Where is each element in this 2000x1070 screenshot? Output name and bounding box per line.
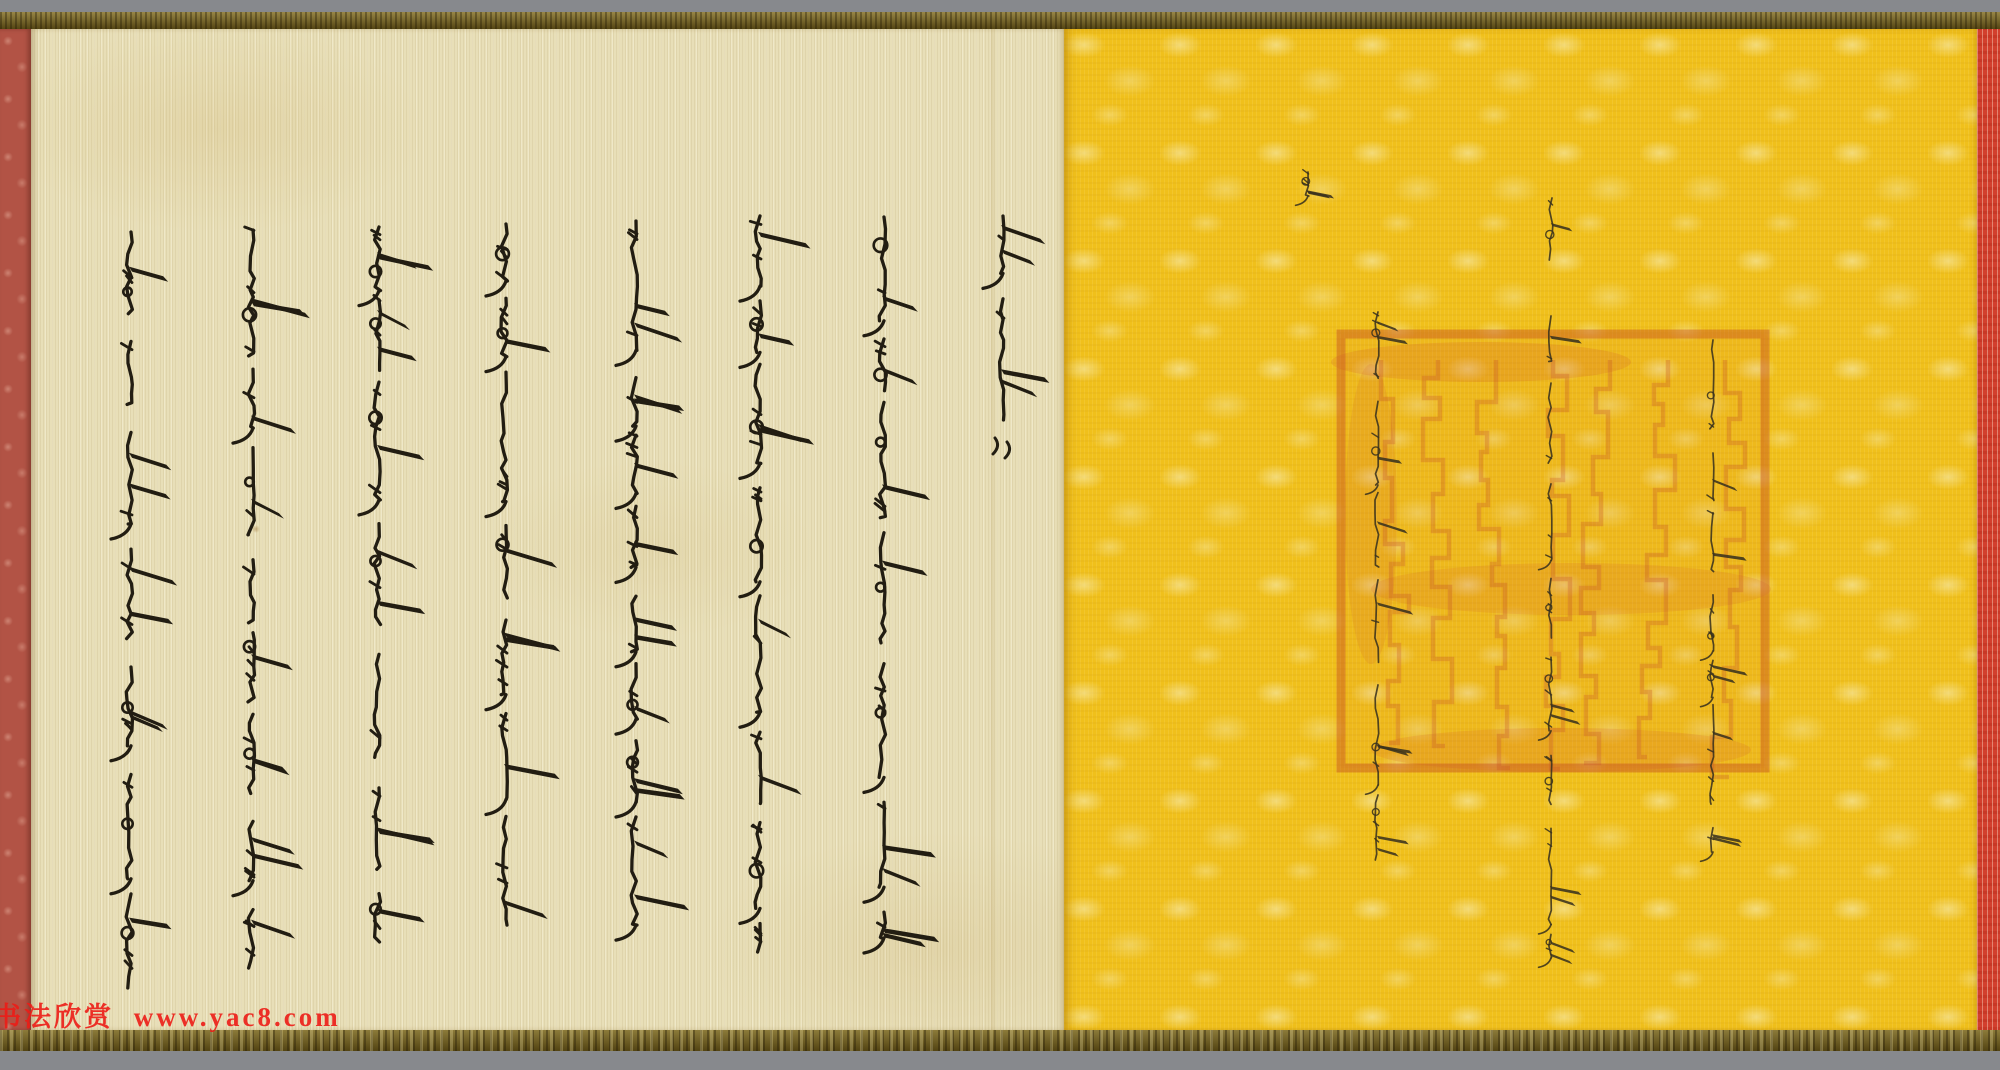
- watermark: 书法欣赏 www.yac8.com: [0, 995, 341, 1034]
- scroll-photo: 书法欣赏 www.yac8.com: [0, 0, 2000, 1070]
- manchu-script-and-seal-layer: [0, 0, 2000, 1070]
